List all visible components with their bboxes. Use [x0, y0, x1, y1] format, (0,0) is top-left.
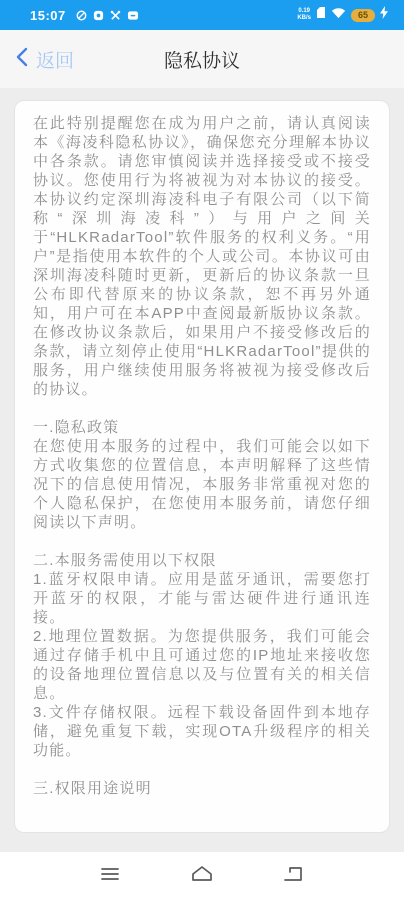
chevron-left-icon	[12, 45, 34, 74]
phone-screen: 15:07 0.19 KB/s	[0, 0, 404, 900]
sim-card-icon	[316, 6, 326, 24]
wifi-icon	[331, 6, 346, 24]
app-header: 返回 隐私协议	[0, 30, 404, 88]
back-button-label: 返回	[36, 46, 74, 73]
agreement-section-permission-usage: 三.权限用途说明	[33, 779, 371, 798]
status-bar: 15:07 0.19 KB/s	[0, 0, 404, 30]
recent-apps-icon	[98, 862, 122, 891]
clock: 15:07	[30, 8, 66, 23]
network-speed: 0.19 KB/s	[297, 8, 311, 22]
tools-icon	[110, 10, 121, 21]
recent-apps-button[interactable]	[98, 862, 122, 891]
content-area: 在此特别提醒您在成为用户之前，请认真阅读本《海凌科隐私协议》，确保您充分理解本协…	[0, 88, 404, 852]
back-button[interactable]: 返回	[0, 45, 84, 74]
home-icon	[190, 862, 214, 891]
agreement-section-permissions: 二.本服务需使用以下权限 1.蓝牙权限申请。应用是蓝牙通讯，需要您打开蓝牙的权限…	[33, 551, 371, 760]
system-nav-bar	[0, 852, 404, 900]
agreement-scroll-area[interactable]: 在此特别提醒您在成为用户之前，请认真阅读本《海凌科隐私协议》，确保您充分理解本协…	[33, 114, 371, 798]
battery-indicator: 65	[351, 9, 375, 22]
back-nav-button[interactable]	[282, 862, 306, 891]
charging-bolt-icon	[380, 6, 388, 24]
status-indicators: 0.19 KB/s 65	[297, 6, 388, 24]
sms-icon	[127, 10, 139, 21]
back-nav-icon	[282, 862, 306, 891]
app-icon	[93, 10, 104, 21]
home-button[interactable]	[190, 862, 214, 891]
notification-icons	[76, 10, 139, 21]
agreement-section-privacy-policy: 一.隐私政策 在您使用本服务的过程中，我们可能会以如下方式收集您的位置信息，本声…	[33, 418, 371, 532]
agreement-intro-paragraph: 在此特别提醒您在成为用户之前，请认真阅读本《海凌科隐私协议》，确保您充分理解本协…	[33, 114, 371, 399]
browser-icon	[76, 10, 87, 21]
agreement-card: 在此特别提醒您在成为用户之前，请认真阅读本《海凌科隐私协议》，确保您充分理解本协…	[14, 100, 390, 833]
